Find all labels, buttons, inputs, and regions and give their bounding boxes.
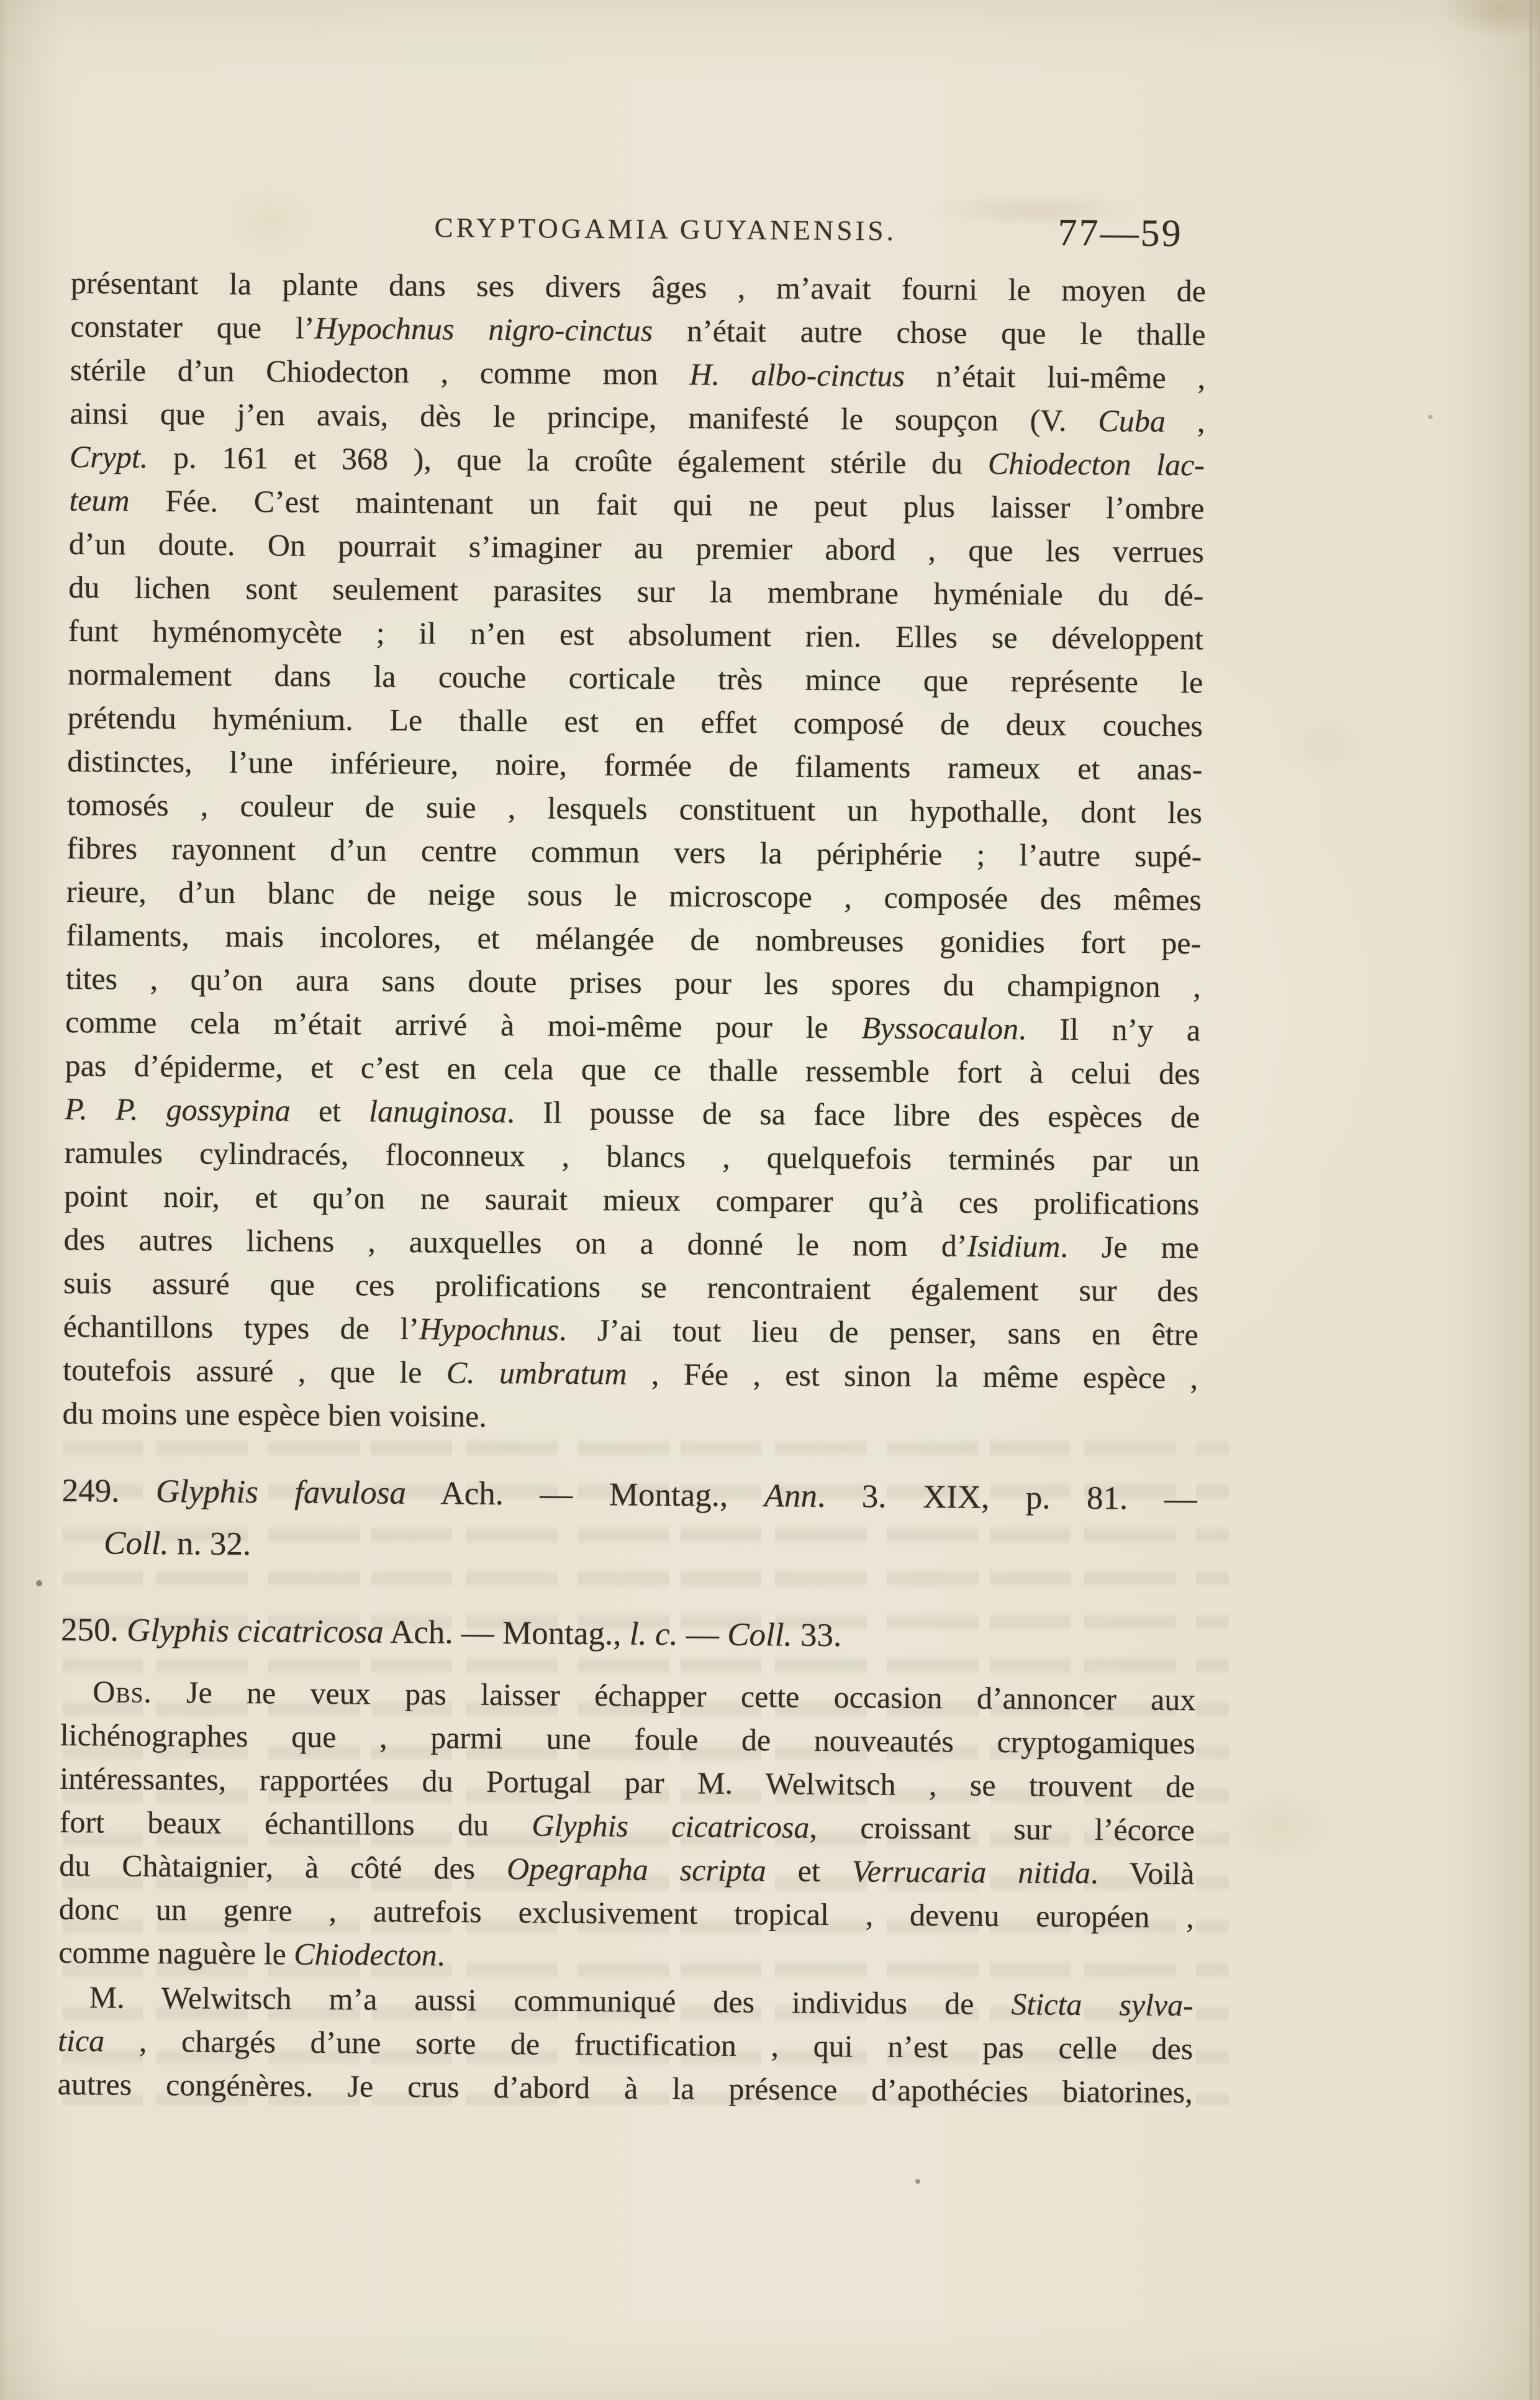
text-segment: point noir, et qu’on ne saurait mieux co…	[64, 1178, 1199, 1221]
smallcaps-text: Obs.	[93, 1674, 152, 1709]
text-segment: autres congénères. Je crus d’abord à la …	[58, 2066, 1193, 2109]
text-segment: tomosés , couleur de suie , lesquels con…	[67, 787, 1202, 830]
text-line: normalement dans la couche corticale trè…	[68, 652, 1203, 704]
text-segment: Ach. — Montag.,	[406, 1475, 764, 1514]
ink-speck	[36, 1580, 42, 1586]
text-segment: ,	[1166, 404, 1205, 439]
text-area: CRYPTOGAMIA GUYANENSIS. 77—59 présentant…	[58, 200, 1207, 2114]
italic-text: Glyphis cicatricosa	[532, 1808, 809, 1845]
species-entry-250: 250. Glyphis cicatricosa Ach. — Montag.,…	[61, 1604, 1197, 1664]
text-segment: ramules cylindracés, floconneux , blancs…	[65, 1135, 1200, 1178]
italic-text: Glyphis favulosa	[156, 1473, 406, 1511]
italic-text: Opegrapha scripta	[507, 1851, 766, 1888]
italic-text: Ann	[764, 1478, 817, 1514]
text-segment: du lichen sont seulement parasites sur l…	[68, 570, 1203, 612]
text-segment: 33.	[792, 1617, 842, 1654]
text-segment: et	[766, 1853, 852, 1888]
text-line: toutefois assuré , que le C. umbratum , …	[63, 1348, 1198, 1399]
text-body: présentant la plante dans ses divers âge…	[58, 261, 1207, 2114]
scanned-page: CRYPTOGAMIA GUYANENSIS. 77—59 présentant…	[0, 0, 1540, 2400]
italic-text: tica	[58, 2023, 104, 2058]
text-segment: . Il n’y a	[1018, 1011, 1200, 1047]
italic-text: lanuginosa	[369, 1094, 507, 1130]
text-line: M. Welwitsch m’a aussi communiqué des in…	[58, 1975, 1193, 2027]
text-segment: fibres rayonnent d’un centre commun vers…	[66, 830, 1202, 873]
text-segment: d’un doute. On pourrait s’imaginer au pr…	[69, 526, 1204, 569]
text-segment: . Voilà	[1090, 1855, 1195, 1891]
text-segment: , croissant sur l’écorce	[809, 1810, 1195, 1848]
italic-text: Glyphis cicatricosa	[127, 1612, 384, 1650]
left-page-edge	[0, 0, 7, 2400]
right-page-edge-shade	[1530, 0, 1540, 2400]
text-segment: p. 161 et 368 ), que la croûte également…	[148, 440, 988, 481]
text-segment: normalement dans la couche corticale trè…	[68, 657, 1203, 699]
text-segment: distinctes, l’une inférieure, noire, for…	[67, 743, 1202, 786]
italic-text: Chiodecton	[294, 1937, 437, 1973]
text-segment: . 3. XIX, p. 81. —	[817, 1478, 1197, 1517]
italic-text: Sticta sylva-	[1011, 1986, 1193, 2022]
text-line: donc un genre , autrefois exclusivement …	[59, 1887, 1194, 1939]
text-line: filaments, mais incolores, et mélangée d…	[66, 913, 1201, 965]
text-segment: toutefois assuré , que le	[63, 1352, 446, 1390]
text-segment: du Chàtaignier, à côté des	[59, 1848, 507, 1886]
text-line: d’un doute. On pourrait s’imaginer au pr…	[69, 522, 1204, 573]
text-line: présentant la plante dans ses divers âge…	[71, 261, 1206, 312]
italic-text: teum	[69, 483, 130, 518]
paper-stain	[1279, 714, 1372, 776]
text-segment: Fée. C’est maintenant un fait qui ne peu…	[129, 483, 1204, 526]
text-segment: comme naguère le	[58, 1935, 294, 1971]
text-line: comme naguère le Chiodecton.	[58, 1930, 1193, 1982]
text-line: pas d’épiderme, et c’est en cela que ce …	[65, 1043, 1200, 1095]
text-line: rieure, d’un blanc de neige sous le micr…	[66, 870, 1202, 921]
italic-text: Coll.	[727, 1617, 792, 1653]
text-segment: —	[678, 1616, 728, 1653]
text-segment: et	[291, 1093, 369, 1129]
text-segment: Ach. — Montag.,	[384, 1614, 630, 1652]
text-line: intéressantes, rapportées du Portugal pa…	[60, 1757, 1195, 1808]
text-line: comme cela m’était arrivé à moi-même pou…	[65, 1000, 1200, 1052]
paper-stain	[1441, 0, 1540, 37]
text-line: Crypt. p. 161 et 368 ), que la croûte ég…	[70, 435, 1205, 486]
text-segment: . J’ai tout lieu de penser, sans en être	[559, 1312, 1198, 1352]
text-line: Coll. n. 32.	[61, 1517, 1197, 1577]
page-header: CRYPTOGAMIA GUYANENSIS. 77—59	[71, 200, 1207, 269]
text-segment: funt hyménomycète ; il n’en est absolume…	[68, 613, 1203, 656]
italic-text: C. umbratum	[446, 1355, 627, 1391]
text-line: ramules cylindracés, floconneux , blancs…	[65, 1130, 1200, 1182]
text-segment: 250.	[61, 1612, 127, 1648]
text-segment: . Je me	[1060, 1229, 1199, 1265]
text-line: Obs. Je ne veux pas laisser échapper cet…	[60, 1670, 1195, 1721]
text-line: constater que l’Hypochnus nigro-cinctus …	[70, 304, 1205, 356]
text-segment: M. Welwitsch m’a aussi communiqué des in…	[89, 1980, 1012, 2021]
text-line: tomosés , couleur de suie , lesquels con…	[67, 783, 1202, 834]
text-line: teum Fée. C’est maintenant un fait qui n…	[69, 478, 1204, 530]
text-segment: .	[437, 1937, 445, 1972]
text-line: suis assuré que ces prolifications se re…	[63, 1261, 1198, 1312]
text-segment: des autres lichens , auxquelles on a don…	[64, 1222, 967, 1263]
text-segment: stérile d’un Chiodecton , comme mon	[70, 352, 690, 391]
text-line: fibres rayonnent d’un centre commun vers…	[66, 826, 1202, 878]
text-line: ainsi que j’en avais, dès le principe, m…	[70, 391, 1205, 443]
paper-stain	[1214, 1783, 1344, 1870]
text-segment: rieure, d’un blanc de neige sous le micr…	[66, 874, 1202, 917]
observation-paragraph: Obs. Je ne veux pas laisser échapper cet…	[58, 1670, 1196, 1982]
ink-speck	[1428, 415, 1433, 419]
text-segment: lichénographes que , parmi une foule de …	[60, 1717, 1195, 1760]
text-segment: présentant la plante dans ses divers âge…	[71, 265, 1206, 308]
text-line: tica , chargés d’une sorte de fructifica…	[58, 2019, 1193, 2070]
text-line: P. P. gossypina et lanuginosa. Il pousse…	[65, 1087, 1200, 1139]
italic-text: l. c.	[630, 1616, 678, 1653]
text-segment: n’était autre chose que le thalle	[653, 313, 1206, 352]
text-segment: donc un genre , autrefois exclusivement …	[59, 1891, 1194, 1934]
paragraph-continuation: présentant la plante dans ses divers âge…	[62, 261, 1206, 1443]
text-segment: du moins une espèce bien voisine.	[62, 1396, 487, 1434]
text-line: prétendu hyménium. Le thalle est en effe…	[68, 696, 1203, 747]
italic-text: Cuba	[1098, 403, 1166, 439]
text-segment: filaments, mais incolores, et mélangée d…	[66, 917, 1201, 960]
text-line: fort beaux échantillons du Glyphis cicat…	[60, 1800, 1195, 1852]
italic-text: Isidium	[967, 1229, 1060, 1264]
text-line: échantillons types de l’Hypochnus. J’ai …	[63, 1304, 1198, 1356]
italic-text: Coll.	[104, 1525, 169, 1561]
text-segment: pas d’épiderme, et c’est en cela que ce …	[65, 1048, 1200, 1091]
text-line: point noir, et qu’on ne saurait mieux co…	[64, 1174, 1199, 1225]
ink-speck	[915, 2179, 920, 2184]
text-line: lichénographes que , parmi une foule de …	[60, 1713, 1195, 1765]
text-segment: comme cela m’était arrivé à moi-même pou…	[65, 1004, 862, 1045]
text-line: funt hyménomycète ; il n’en est absolume…	[68, 609, 1203, 660]
text-segment: échantillons types de l’	[63, 1309, 420, 1346]
page-number: 77—59	[1058, 211, 1183, 256]
text-segment: n’était lui-même ,	[905, 358, 1205, 396]
text-segment: suis assuré que ces prolifications se re…	[63, 1265, 1198, 1308]
text-segment: n. 32.	[168, 1525, 251, 1562]
italic-text: Hypochnus	[419, 1311, 559, 1347]
closing-paragraph: M. Welwitsch m’a aussi communiqué des in…	[58, 1975, 1193, 2114]
italic-text: Chiodecton lac-	[988, 446, 1205, 483]
species-entry-249: 249. Glyphis favulosa Ach. — Montag., An…	[61, 1465, 1197, 1577]
italic-text: Hypochnus nigro-cinctus	[314, 311, 653, 348]
text-segment: Je ne veux pas laisser échapper cette oc…	[152, 1675, 1196, 1717]
text-line: 250. Glyphis cicatricosa Ach. — Montag.,…	[61, 1604, 1197, 1664]
text-segment: tites , qu’on aura sans doute prises pou…	[66, 961, 1201, 1004]
italic-text: Byssocaulon	[861, 1010, 1018, 1046]
italic-text: Verrucaria nitida	[852, 1853, 1091, 1890]
text-segment: constater que l’	[70, 309, 314, 345]
running-title: CRYPTOGAMIA GUYANENSIS.	[434, 211, 897, 247]
text-segment: prétendu hyménium. Le thalle est en effe…	[68, 700, 1203, 743]
text-segment: 249.	[62, 1473, 156, 1509]
text-line: autres congénères. Je crus d’abord à la …	[58, 2062, 1193, 2114]
text-segment: intéressantes, rapportées du Portugal pa…	[60, 1761, 1195, 1804]
text-line: 249. Glyphis favulosa Ach. — Montag., An…	[61, 1465, 1197, 1525]
text-line: des autres lichens , auxquelles on a don…	[63, 1217, 1198, 1269]
text-line: du moins une espèce bien voisine.	[62, 1391, 1197, 1443]
text-segment: ainsi que j’en avais, dès le principe, m…	[70, 396, 1098, 438]
text-segment: fort beaux échantillons du	[60, 1804, 532, 1843]
text-line: distinctes, l’une inférieure, noire, for…	[67, 739, 1202, 791]
text-segment: . Il pousse de sa face libre des espèces…	[507, 1094, 1200, 1134]
text-line: stérile d’un Chiodecton , comme mon H. a…	[70, 348, 1205, 399]
text-line: du Chàtaignier, à côté des Opegrapha scr…	[59, 1843, 1194, 1895]
italic-text: P. P. gossypina	[65, 1091, 291, 1128]
italic-text: H. albo-cinctus	[689, 357, 905, 393]
text-line: du lichen sont seulement parasites sur l…	[68, 565, 1203, 617]
text-line: tites , qu’on aura sans doute prises pou…	[66, 957, 1201, 1008]
italic-text: Crypt.	[70, 439, 148, 475]
text-segment: , chargés d’une sorte de fructification …	[104, 2023, 1193, 2066]
text-segment: , Fée , est sinon la même espèce ,	[627, 1357, 1198, 1396]
